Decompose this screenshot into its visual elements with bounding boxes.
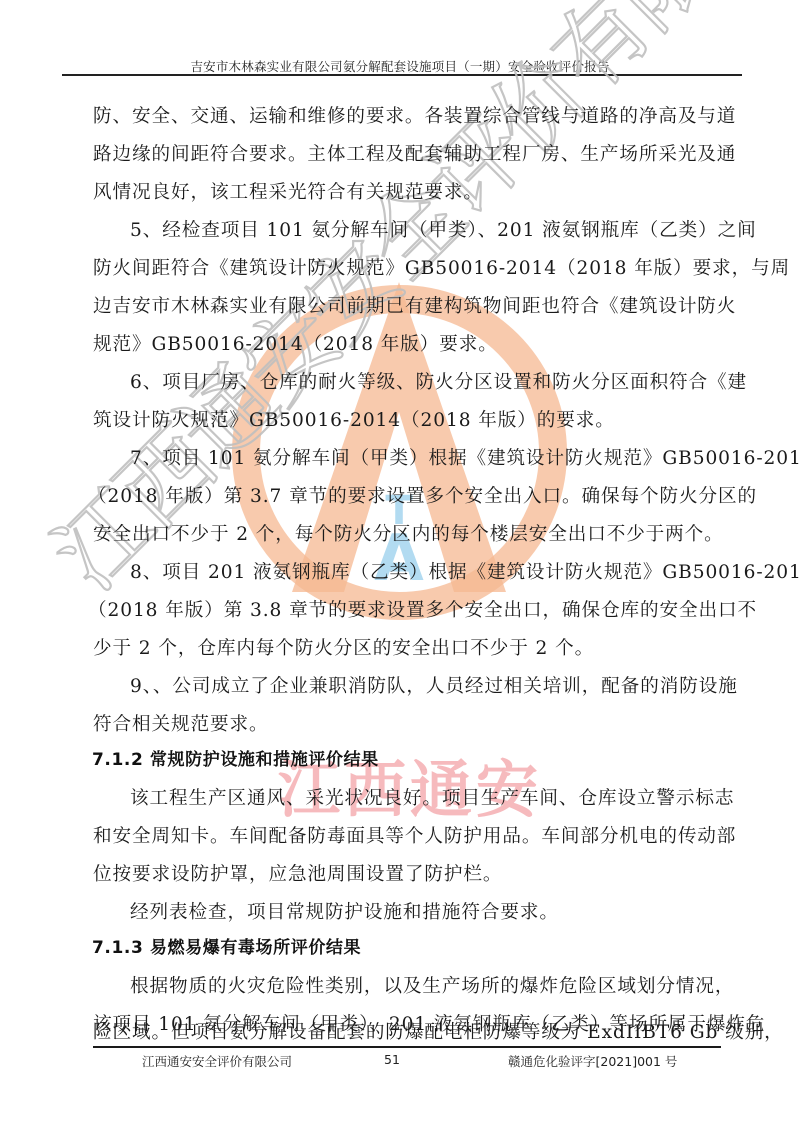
body-line: 风情况良好，该工程采光符合有关规范要求。 (93, 181, 713, 205)
body-line: 防、安全、交通、运输和维修的要求。各装置综合管线与道路的净高及与道 (93, 105, 713, 129)
body-line: 筑设计防火规范》GB50016-2014（2018 年版）的要求。 (93, 409, 713, 433)
body-line-item-9: 9、、公司成立了企业兼职消防队，人员经过相关培训，配备的消防设施 (130, 675, 713, 699)
footer-rule (93, 1046, 721, 1048)
footer-page-number: 51 (384, 1052, 400, 1067)
body-line: 规范》GB50016-2014（2018 年版）要求。 (93, 333, 713, 357)
body-line: （2018 年版）第 3.7 章节的要求设置多个安全出入口。确保每个防火分区的 (88, 485, 713, 509)
body-line: 少于 2 个，仓库内每个防火分区的安全出口不少于 2 个。 (93, 637, 713, 661)
body-line: （2018 年版）第 3.8 章节的要求设置多个安全出口，确保仓库的安全出口不 (88, 599, 713, 623)
body-line: 防火间距符合《建筑设计防火规范》GB50016-2014（2018 年版）要求，… (93, 257, 713, 281)
body-line: 符合相关规范要求。 (93, 713, 713, 737)
header-title: 吉安市木林森实业有限公司氨分解配套设施项目（一期）安全验收评价报告 (0, 57, 800, 75)
body-line: 路边缘的间距符合要求。主体工程及配套辅助工程厂房、生产场所采光及通 (93, 143, 713, 167)
document-page: A T 江西通安 江西通安安全评价有限公司 吉安市木林森实业有限公司氨分解配套设… (0, 0, 800, 1131)
body-line: 安全出口不少于 2 个，每个防火分区内的每个楼层安全出口不少于两个。 (93, 523, 713, 547)
body-line: 位按要求设防护罩，应急池周围设置了防护栏。 (93, 863, 713, 887)
body-line-item-5: 5、经检查项目 101 氨分解车间（甲类）、201 液氨钢瓶库（乙类）之间 (130, 219, 713, 243)
body-line: 根据物质的火灾危险性类别，以及生产场所的爆炸危险区域划分情况， (130, 975, 713, 999)
body-line: 边吉安市木林森实业有限公司前期已有建构筑物间距也符合《建筑设计防火 (93, 295, 713, 319)
section-heading-7-1-2: 7.1.2 常规防护设施和措施评价结果 (92, 748, 379, 772)
section-heading-7-1-3: 7.1.3 易燃易爆有毒场所评价结果 (92, 936, 361, 960)
body-line: 和安全周知卡。车间配备防毒面具等个人防护用品。车间部分机电的传动部 (93, 825, 713, 849)
body-line-item-8: 8、项目 201 液氨钢瓶库（乙类）根据《建筑设计防火规范》GB50016-20… (130, 561, 713, 585)
body-line-item-7: 7、项目 101 氨分解车间（甲类）根据《建筑设计防火规范》GB50016-20… (130, 447, 713, 471)
body-line-item-6: 6、项目厂房、仓库的耐火等级、防火分区设置和防火分区面积符合《建 (130, 371, 713, 395)
body-line: 经列表检查，项目常规防护设施和措施符合要求。 (130, 901, 713, 925)
body-line: 该工程生产区通风、采光状况良好。项目生产车间、仓库设立警示标志 (130, 787, 713, 811)
footer-company: 江西通安安全评价有限公司 (142, 1052, 292, 1070)
footer-doc-code: 赣通危化验评字[2021]001 号 (508, 1052, 677, 1070)
body-line-underlined: 险区域。但项目氨分解设备配套的防爆配电柜防爆等级为 ExdIIBT6 Gb 级别… (93, 1021, 713, 1045)
